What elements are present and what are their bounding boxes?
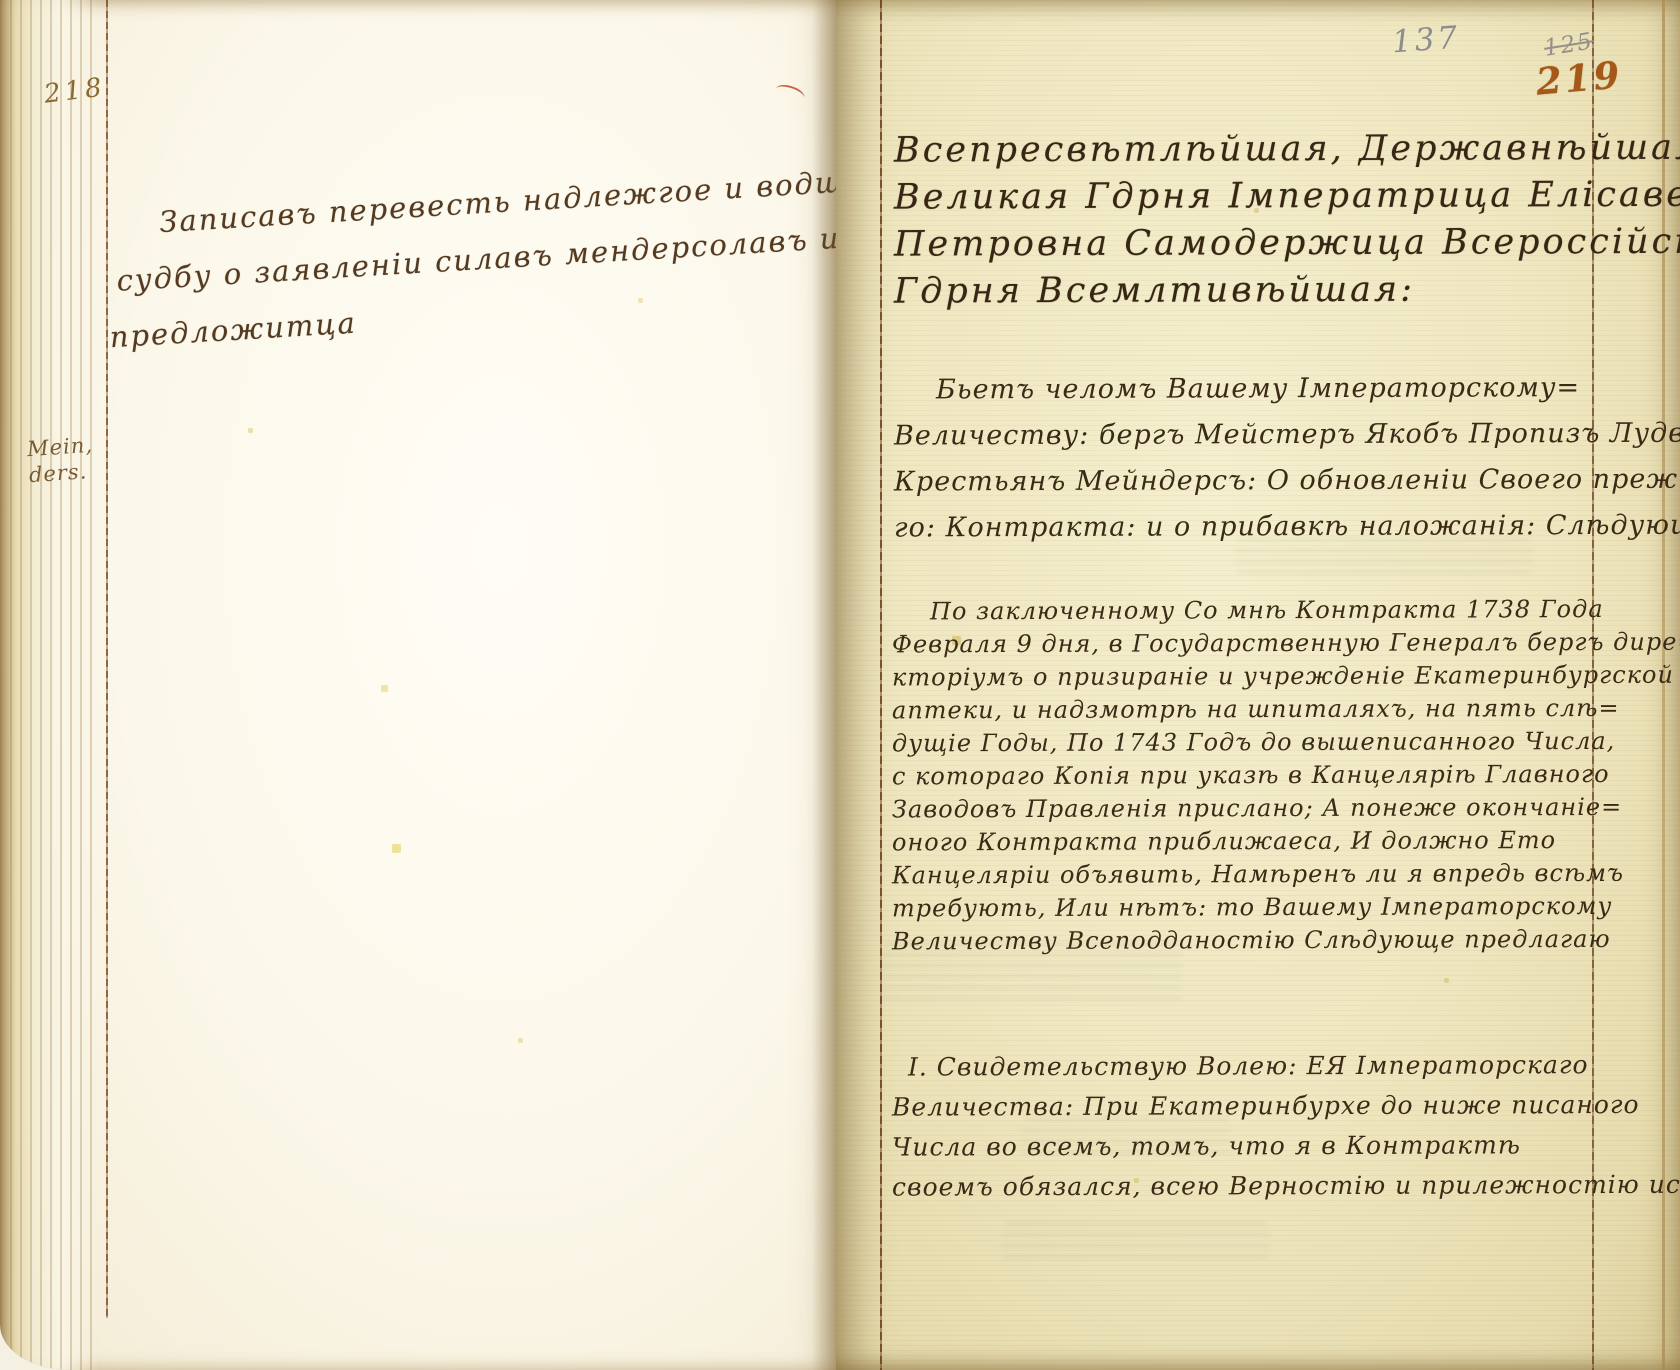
- body-line: требують, Или нѣтъ: то Вашему Імператорс…: [892, 890, 1680, 926]
- body-line: Величеству Всеподданостію Слѣдующе предл…: [892, 923, 1680, 959]
- petition-line: Величеству: бергъ Мейстеръ Якобъ Пропизъ…: [894, 411, 1680, 460]
- left-page: 218 Записавъ перевесть надлежгое и водща…: [0, 0, 836, 1370]
- margin-note-meinders: Mein, ders.: [26, 432, 95, 488]
- petition-paragraph: Бьетъ челомъ Вашему Імператорскому= Вели…: [894, 366, 1680, 550]
- article-line: Числа во всемъ, томъ, что я в Контрактѣ: [892, 1124, 1680, 1167]
- paper-specks: [0, 0, 1, 1]
- article-one-paragraph: I. Свидетельствую Волею: ЕЯ Імператорска…: [892, 1046, 1680, 1206]
- body-line: Заводовъ Правленія прислано; А понеже ок…: [892, 791, 1680, 827]
- article-line: своемъ обязался, всею Верностію и прилеж…: [892, 1164, 1680, 1207]
- body-line: По заключенному Со мнѣ Контракта 1738 Го…: [930, 593, 1680, 629]
- heading-line: Петровна Самодержица Всероссійская =: [894, 218, 1680, 268]
- margin-note-line: ders.: [28, 458, 96, 489]
- petition-line: Бьетъ челомъ Вашему Імператорскому=: [936, 365, 1680, 414]
- folio-number-pencil: 137: [1391, 20, 1462, 61]
- body-line: Февраля 9 дня, в Государственную Генерал…: [892, 626, 1680, 662]
- deckled-page-edge: [0, 0, 100, 1370]
- ink-bleedthrough: [1002, 1222, 1270, 1264]
- article-line: Величества: При Екатеринбурхе до ниже пи…: [892, 1084, 1680, 1127]
- body-line: оного Контракта приближаеса, И должно Ет…: [892, 824, 1680, 860]
- body-line: аптеки, и надзмотрѣ на шпиталяхъ, на пят…: [892, 692, 1680, 728]
- petition-line: го: Контракта: и о прибавкѣ наложанія: С…: [894, 503, 1680, 552]
- manuscript-spread: 218 Записавъ перевесть надлежгое и водща…: [0, 0, 1680, 1370]
- folio-number-ink: 219: [1534, 52, 1624, 103]
- paper-specks: [836, 0, 837, 1]
- body-line: кторіумъ о призираніе и учрежденіе Екате…: [892, 659, 1680, 695]
- heading-line: Гдрня Всемлтивѣйшая:: [894, 265, 1680, 315]
- contract-body-paragraph: По заключенному Со мнѣ Контракта 1738 Го…: [892, 594, 1680, 957]
- imperial-title-heading: Всепресвѣтлѣйшая, Державнѣйшая Великая Г…: [894, 126, 1680, 314]
- right-page: 137 125 219 Всепресвѣтлѣйшая, Державнѣйш…: [836, 0, 1680, 1370]
- margin-rule-line: [880, 0, 882, 1370]
- body-line: дущіе Годы, По 1743 Годъ до вышеписанног…: [892, 725, 1680, 761]
- body-line: с котораго Копія при указѣ в Канцеляріѣ …: [892, 758, 1680, 794]
- heading-line: Всепресвѣтлѣйшая, Державнѣйшая: [894, 124, 1680, 174]
- body-line: Канцеляріи объявить, Намѣренъ ли я впред…: [892, 857, 1680, 893]
- margin-rule-line: [106, 0, 108, 1318]
- petition-line: Крестьянъ Мейндерсъ: О обновленіи Своего…: [894, 457, 1680, 506]
- docket-note: Записавъ перевесть надлежгое и водща суд…: [112, 157, 820, 364]
- article-line: I. Свидетельствую Волею: ЕЯ Імператорска…: [908, 1044, 1680, 1087]
- heading-line: Великая Гдрня Імператрица Елісаветъ: [894, 171, 1680, 221]
